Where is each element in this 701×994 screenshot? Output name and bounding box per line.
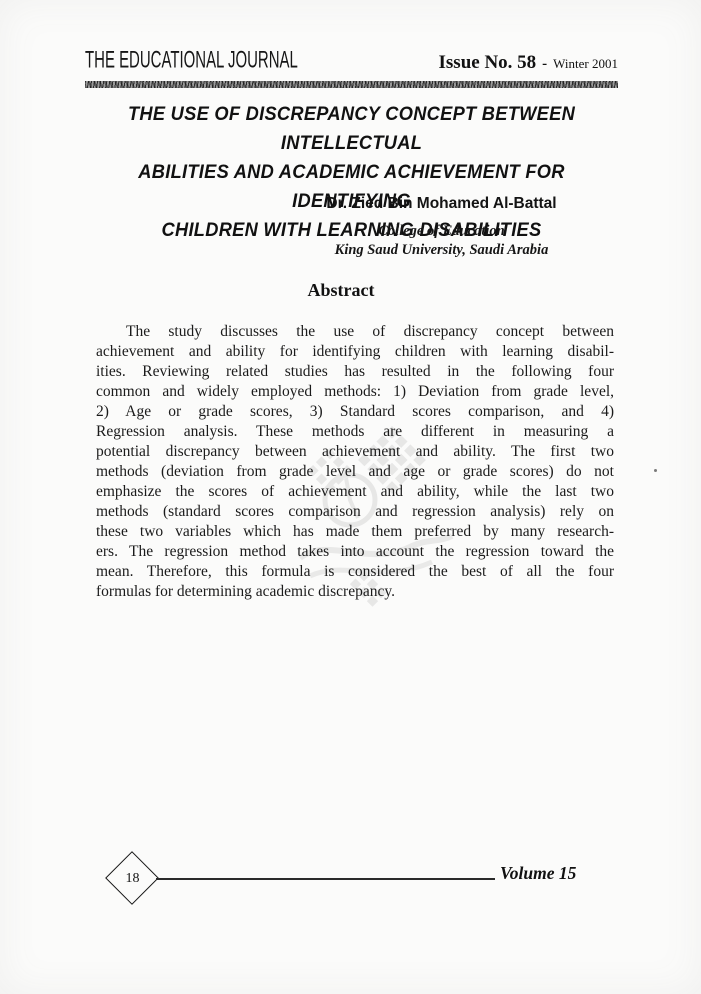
page-number: 18 — [113, 859, 152, 898]
abstract-line: formulas for determining academic discre… — [96, 582, 614, 602]
volume-label: Volume 15 — [500, 863, 576, 884]
abstract-line: potential discrepancy between achievemen… — [96, 442, 614, 462]
author-block: Dr. Zied Bin Mohamed Al-Battal College o… — [265, 195, 618, 259]
header-stipple-rule — [85, 81, 618, 88]
abstract-line: The study discusses the use of discrepan… — [96, 322, 614, 342]
abstract-line: 2) Age or grade scores, 3) Standard scor… — [96, 402, 614, 422]
author-affiliation-university: King Saud University, Saudi Arabia — [265, 242, 618, 259]
abstract-line: methods (standard scores comparison and … — [96, 502, 614, 522]
journal-name: THE EDUCATIONAL JOURNAL — [85, 46, 298, 74]
abstract-heading: Abstract — [85, 280, 597, 301]
footer-rule — [156, 878, 495, 880]
article-title-line: THE USE OF DISCREPANCY CONCEPT BETWEEN I… — [96, 100, 608, 158]
author-name: Dr. Zied Bin Mohamed Al-Battal — [265, 195, 618, 213]
abstract-line: these two variables which has made them … — [96, 522, 614, 542]
issue-season: Winter 2001 — [553, 56, 618, 71]
abstract-line: ers. The regression method takes into ac… — [96, 542, 614, 562]
abstract-line: methods (deviation from grade level and … — [96, 462, 614, 482]
abstract-line: ities. Reviewing related studies has res… — [96, 362, 614, 382]
issue-number: Issue No. 58 — [439, 52, 537, 73]
author-affiliation-college: College of Education — [265, 223, 618, 240]
abstract-line: Regression analysis. These methods are d… — [96, 422, 614, 442]
issue-info: Issue No. 58 - Winter 2001 — [439, 52, 618, 74]
abstract-line: common and widely employed methods: 1) D… — [96, 382, 614, 402]
abstract-line: emphasize the scores of achievement and … — [96, 482, 614, 502]
page-header: THE EDUCATIONAL JOURNAL Issue No. 58 - W… — [85, 48, 618, 74]
journal-page: THE EDUCATIONAL JOURNAL Issue No. 58 - W… — [0, 0, 701, 994]
issue-separator: - — [540, 56, 549, 72]
abstract-line: mean. Therefore, this formula is conside… — [96, 562, 614, 582]
scan-artifact-dot — [654, 469, 657, 472]
abstract-text: The study discusses the use of discrepan… — [96, 322, 614, 602]
abstract-line: achievement and ability for identifying … — [96, 342, 614, 362]
